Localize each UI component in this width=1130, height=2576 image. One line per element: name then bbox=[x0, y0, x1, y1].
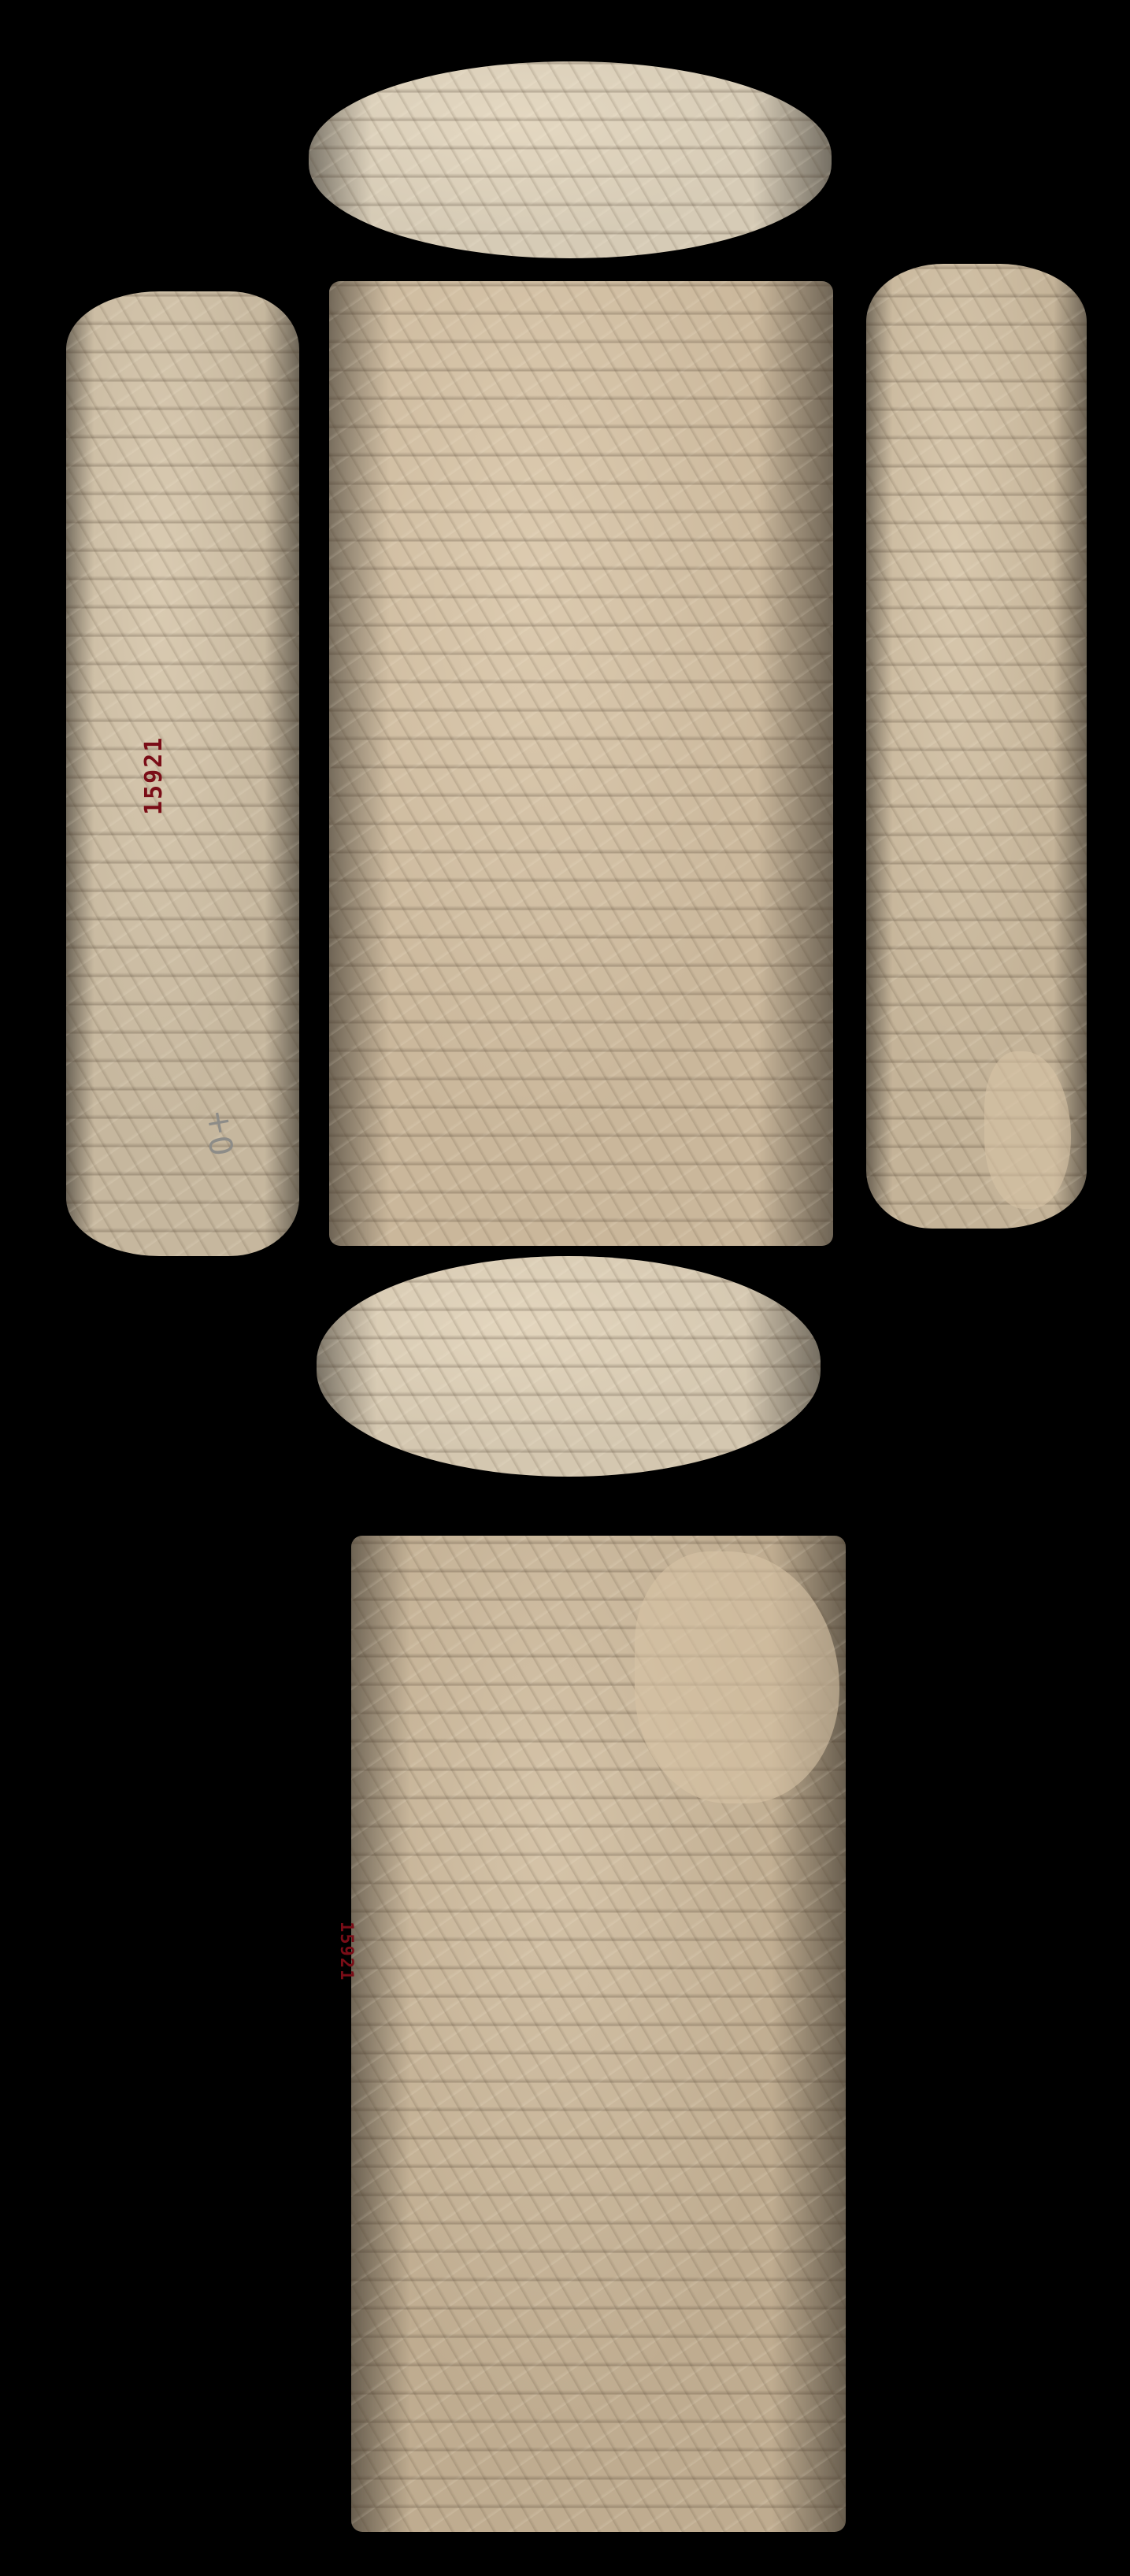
chipped-area bbox=[984, 1051, 1071, 1209]
pencil-mark-left-edge: 0+ bbox=[198, 1106, 243, 1158]
tablet-left-edge bbox=[66, 291, 299, 1256]
museum-number-label-left-edge: 15921 bbox=[140, 736, 168, 815]
museum-number-label-reverse: 15921 bbox=[336, 1922, 356, 1981]
tablet-bottom-edge bbox=[317, 1256, 821, 1477]
tablet-obverse bbox=[329, 281, 833, 1246]
tablet-reverse bbox=[351, 1536, 846, 2532]
tablet-top-edge bbox=[309, 61, 832, 258]
eroded-area bbox=[635, 1551, 839, 1803]
tablet-right-edge bbox=[866, 264, 1087, 1229]
